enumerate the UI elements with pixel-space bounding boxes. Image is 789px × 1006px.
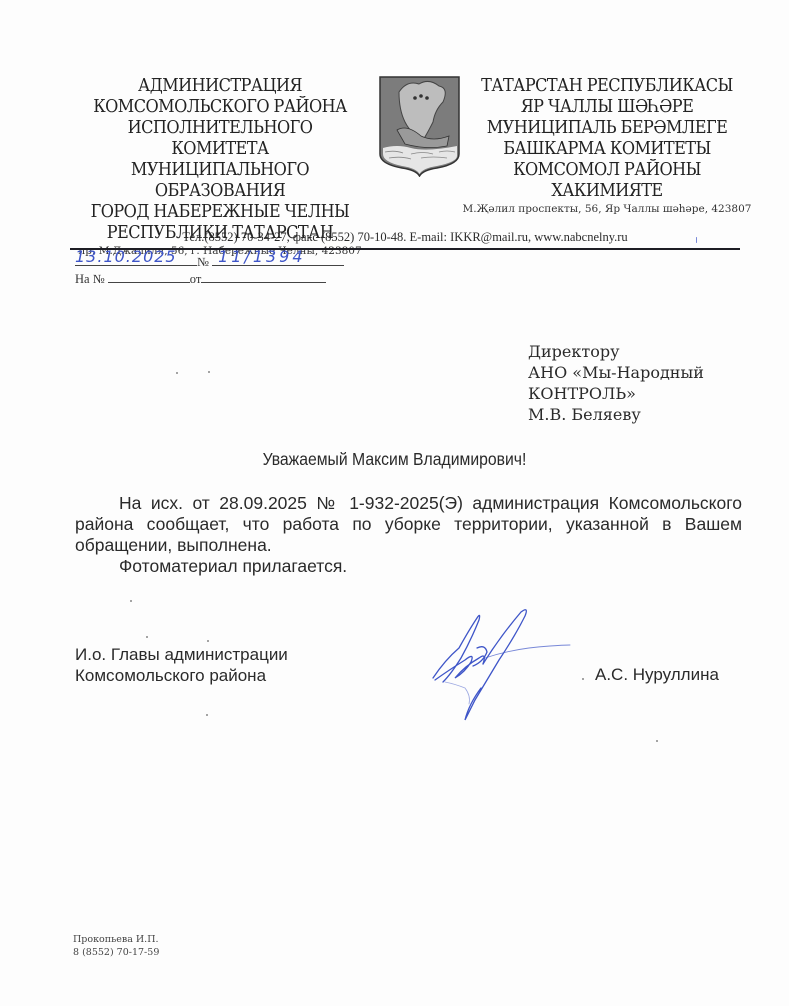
letterhead-right: ТАТАРСТАН РЕСПУБЛИКАСЫ ЯР ЧАЛЛЫ ШӘҺӘРЕ М… xyxy=(462,76,752,216)
executor-name: Прокопьева И.П. xyxy=(73,933,159,946)
executor-phone: 8 (8552) 70-17-59 xyxy=(73,946,159,959)
letterhead-right-line: БАШКАРМА КОМИТЕТЫ xyxy=(474,139,741,160)
scan-speck xyxy=(207,640,209,642)
letterhead-left-line: ГОРОД НАБЕРЕЖНЫЕ ЧЕЛНЫ xyxy=(82,202,358,223)
signatory-position-line: Комсомольского района xyxy=(75,665,288,686)
addressee-line: КОНТРОЛЬ» xyxy=(528,383,704,404)
outgoing-date-field: 13.10.2025 xyxy=(75,251,197,266)
scan-speck xyxy=(208,371,210,373)
coat-of-arms-icon xyxy=(377,74,462,177)
reference-from-label: от xyxy=(190,272,202,286)
letterhead-left-line: ИСПОЛНИТЕЛЬНОГО КОМИТЕТА xyxy=(82,118,358,160)
letterhead-right-line: КОМСОМОЛ РАЙОНЫ xyxy=(474,160,741,181)
signatory-name: А.С. Нуруллина xyxy=(595,665,719,685)
scan-speck xyxy=(176,372,178,374)
letterhead-right-line: ХАКИМИЯТЕ xyxy=(474,181,741,202)
outgoing-number: 11/1394 xyxy=(218,247,305,266)
scan-speck xyxy=(206,714,208,716)
addressee-block: Директору АНО «Мы-Народный КОНТРОЛЬ» М.В… xyxy=(528,341,704,425)
scan-speck xyxy=(130,600,132,602)
reference-number-label: На № xyxy=(75,272,105,286)
body-paragraph: На исх. от 28.09.2025 № 1-932-2025(Э) ад… xyxy=(75,493,742,556)
reference-date-field xyxy=(201,268,326,283)
addressee-line: Директору xyxy=(528,341,704,362)
scan-speck xyxy=(656,740,658,742)
executor-block: Прокопьева И.П. 8 (8552) 70-17-59 xyxy=(73,933,159,959)
greeting: Уважаемый Максим Владимирович! xyxy=(39,449,749,470)
reference-number-field xyxy=(108,268,190,283)
addressee-line: М.В. Беляеву xyxy=(528,404,704,425)
scan-speck xyxy=(696,237,697,243)
scan-speck xyxy=(146,636,148,638)
letterhead-right-address: М.Җәлил проспекты, 56, Яр Чаллы шәһәре, … xyxy=(462,202,752,216)
letterhead-left-line: МУНИЦИПАЛЬНОГО ОБРАЗОВАНИЯ xyxy=(82,160,358,202)
letterhead-left-line: КОМСОМОЛЬСКОГО РАЙОНА xyxy=(82,97,358,118)
signatory-position: И.о. Главы администрации Комсомольского … xyxy=(75,644,288,686)
outgoing-number-field: 11/1394 xyxy=(212,251,344,266)
letterhead-right-line: ТАТАРСТАН РЕСПУБЛИКАСЫ xyxy=(474,76,741,97)
reference-line: На № от xyxy=(75,268,326,287)
signatory-position-line: И.о. Главы администрации xyxy=(75,644,288,665)
letterhead-right-line: МУНИЦИПАЛЬ БЕРӘМЛЕГЕ xyxy=(474,118,741,139)
addressee-line: АНО «Мы-Народный xyxy=(528,362,704,383)
handwritten-signature-icon xyxy=(425,600,575,725)
scan-speck xyxy=(582,678,584,680)
body-paragraph: Фотоматериал прилагается. xyxy=(75,556,742,577)
number-label: № xyxy=(197,255,209,269)
outgoing-date: 13.10.2025 xyxy=(75,247,177,266)
contact-line: Тел.(8552) 70-34-27, факс (8552) 70-10-4… xyxy=(70,230,740,245)
letterhead-left-line: АДМИНИСТРАЦИЯ xyxy=(82,76,358,97)
letter-body: На исх. от 28.09.2025 № 1-932-2025(Э) ад… xyxy=(75,493,742,577)
letterhead-right-line: ЯР ЧАЛЛЫ ШӘҺӘРЕ xyxy=(474,97,741,118)
